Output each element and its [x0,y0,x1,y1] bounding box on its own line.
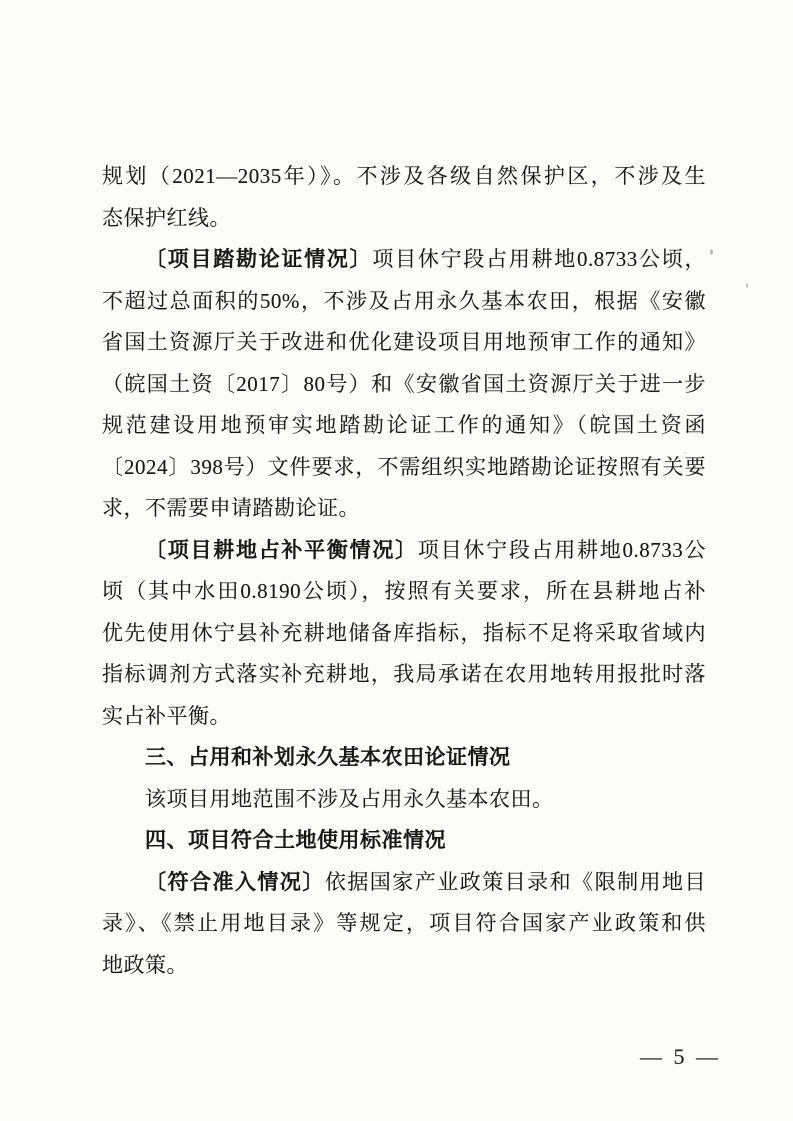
document-line-19: 录》、《禁止用地目录》等规定，项目符合国家产业政策和供 [102,903,706,945]
line-text: 该项目用地范围不涉及占用永久基本农田。 [145,787,554,811]
line-text: 实占补平衡。 [102,704,231,728]
scan-speck [746,283,748,288]
document-line-16: 该项目用地范围不涉及占用永久基本农田。 [102,779,706,821]
document-line-4: 不超过总面积的50%，不涉及占用永久基本农田，根据《安徽 [102,281,706,323]
document-page: 规划（2021—2035年）》。不涉及各级自然保护区，不涉及生 态保护红线。 〔… [0,0,793,1121]
line-text: 项目休宁段占用耕地0.8733公 [418,538,706,562]
document-line-20: 地政策。 [102,945,706,987]
section-label-survey: 〔项目踏勘论证情况〕 [145,248,372,271]
line-text: 求，不需要申请踏勘论证。 [102,496,360,520]
line-text: 〔2024〕398号）文件要求，不需组织实地踏勘论证按照有关要 [102,455,706,479]
document-body: 规划（2021—2035年）》。不涉及各级自然保护区，不涉及生 态保护红线。 〔… [102,156,706,986]
scan-speck [415,760,419,763]
document-line-3: 〔项目踏勘论证情况〕项目休宁段占用耕地0.8733公顷， [102,239,706,281]
line-text: 依据国家产业政策目录和《限制用地目 [325,870,706,894]
document-line-18: 〔符合准入情况〕依据国家产业政策目录和《限制用地目 [102,862,706,904]
document-line-1: 规划（2021—2035年）》。不涉及各级自然保护区，不涉及生 [102,156,706,198]
page-number: — 5 — [640,1044,721,1070]
heading-section-4: 四、项目符合土地使用标准情况 [102,820,706,862]
document-line-14: 实占补平衡。 [102,696,706,738]
document-line-10: 〔项目耕地占补平衡情况〕项目休宁段占用耕地0.8733公 [102,530,706,572]
scan-speck [710,249,713,255]
document-line-6: （皖国土资〔2017〕80号）和《安徽省国土资源厅关于进一步 [102,364,706,406]
line-text: 省国土资源厅关于改进和优化建设项目用地预审工作的通知》 [102,330,706,354]
line-text: 项目休宁段占用耕地0.8733公顷， [372,247,706,271]
heading-section-3: 三、占用和补划永久基本农田论证情况 [102,737,706,779]
scan-speck [684,452,686,454]
line-text: （皖国土资〔2017〕80号）和《安徽省国土资源厅关于进一步 [102,372,706,396]
line-text: 优先使用休宁县补充耕地储备库指标，指标不足将采取省域内 [102,621,706,645]
line-text: 录》、《禁止用地目录》等规定，项目符合国家产业政策和供 [102,911,706,935]
heading-text: 三、占用和补划永久基本农田论证情况 [145,746,511,769]
line-text: 地政策。 [102,953,188,977]
line-text: 态保护红线。 [102,206,231,230]
document-line-13: 指标调剂方式落实补充耕地，我局承诺在农用地转用报批时落 [102,654,706,696]
section-label-farmland-balance: 〔项目耕地占补平衡情况〕 [145,539,418,562]
line-text: 不超过总面积的50%，不涉及占用永久基本农田，根据《安徽 [102,289,706,313]
document-line-8: 〔2024〕398号）文件要求，不需组织实地踏勘论证按照有关要 [102,447,706,489]
document-line-9: 求，不需要申请踏勘论证。 [102,488,706,530]
document-line-7: 规范建设用地预审实地踏勘论证工作的通知》（皖国土资函 [102,405,706,447]
line-text: 指标调剂方式落实补充耕地，我局承诺在农用地转用报批时落 [102,662,706,686]
line-text: 规划（2021—2035年）》。不涉及各级自然保护区，不涉及生 [102,164,706,188]
document-line-2: 态保护红线。 [102,198,706,240]
section-label-admittance: 〔符合准入情况〕 [145,871,325,894]
line-text: 规范建设用地预审实地踏勘论证工作的通知》（皖国土资函 [102,413,706,437]
document-line-11: 顷（其中水田0.8190公顷），按照有关要求，所在县耕地占补 [102,571,706,613]
heading-text: 四、项目符合土地使用标准情况 [145,829,446,852]
document-line-12: 优先使用休宁县补充耕地储备库指标，指标不足将采取省域内 [102,613,706,655]
line-text: 顷（其中水田0.8190公顷），按照有关要求，所在县耕地占补 [102,579,706,603]
document-line-5: 省国土资源厅关于改进和优化建设项目用地预审工作的通知》 [102,322,706,364]
